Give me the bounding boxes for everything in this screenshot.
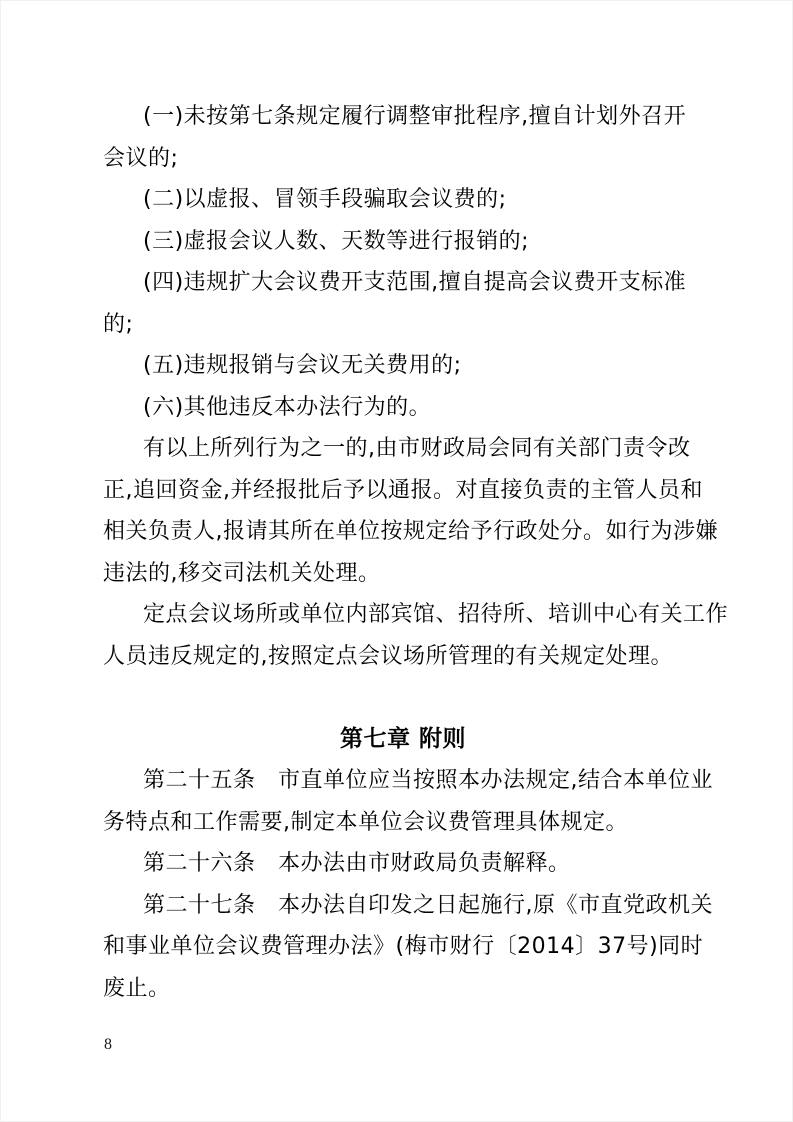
- text-line: 务特点和工作需要,制定本单位会议费管理具体规定。: [103, 802, 703, 844]
- text-line: 人员违反规定的,按照定点会议场所管理的有关规定处理。: [103, 636, 703, 678]
- text-line: 废止。: [103, 968, 703, 1010]
- text-line: 违法的,移交司法机关处理。: [103, 553, 703, 595]
- document-text-block: (一)未按第七条规定履行调整审批程序,擅自计划外召开 会议的; (二)以虚报、冒…: [103, 96, 703, 1009]
- text-line: 和事业单位会议费管理办法》(梅市财行〔2014〕37号)同时: [103, 926, 703, 968]
- text-line: 会议的;: [103, 138, 703, 180]
- document-page: (一)未按第七条规定履行调整审批程序,擅自计划外召开 会议的; (二)以虚报、冒…: [0, 0, 793, 1122]
- text-line: 有以上所列行为之一的,由市财政局会同有关部门责令改: [103, 428, 703, 470]
- page-number: 8: [104, 1034, 112, 1056]
- chapter-heading: 第七章 附则: [103, 719, 703, 761]
- text-line: 相关负责人,报请其所在单位按规定给予行政处分。如行为涉嫌: [103, 511, 703, 553]
- text-line: 定点会议场所或单位内部宾馆、招待所、培训中心有关工作: [103, 594, 703, 636]
- text-line: (一)未按第七条规定履行调整审批程序,擅自计划外召开: [103, 96, 703, 138]
- text-line: (三)虚报会议人数、天数等进行报销的;: [103, 221, 703, 263]
- text-line: 正,追回资金,并经报批后予以通报。对直接负责的主管人员和: [103, 470, 703, 512]
- text-line: 第二十七条 本办法自印发之日起施行,原《市直党政机关: [103, 885, 703, 927]
- text-line: (四)违规扩大会议费开支范围,擅自提高会议费开支标准: [103, 262, 703, 304]
- text-line: (五)违规报销与会议无关费用的;: [103, 345, 703, 387]
- text-line: (六)其他违反本办法行为的。: [103, 387, 703, 429]
- blank-line: [103, 677, 703, 719]
- text-line: 第二十五条 市直单位应当按照本办法规定,结合本单位业: [103, 760, 703, 802]
- text-line: 第二十六条 本办法由市财政局负责解释。: [103, 843, 703, 885]
- text-line: (二)以虚报、冒领手段骗取会议费的;: [103, 179, 703, 221]
- text-line: 的;: [103, 304, 703, 346]
